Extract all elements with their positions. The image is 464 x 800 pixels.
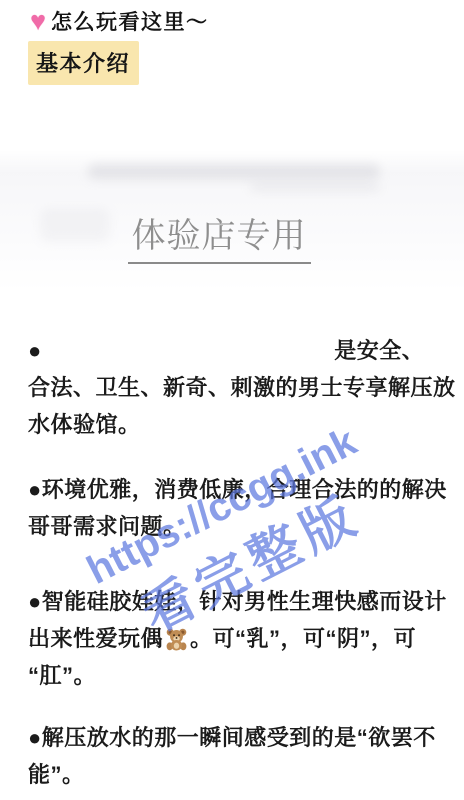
paragraph-line: ●解压放水的那一瞬间感受到的是“欲罢不 [28, 719, 456, 756]
page-title: 怎么玩看这里～ [51, 6, 209, 36]
paragraph-line: 哥哥需求问题。 [28, 508, 456, 545]
growing-heart-icon: ♥ [30, 8, 46, 35]
paragraph-text: 。可“乳”，可“阴”，可 [190, 626, 416, 651]
faded-photo-area: 体验店专用 [0, 150, 464, 292]
bullet-paragraph-3: ●智能硅胶娃娃，针对男性生理快感而设计 出来性爱玩偶。可“乳”，可“阴”，可 “… [28, 583, 456, 694]
paragraph-line: “肛”。 [28, 657, 456, 694]
note-page: ♥ 怎么玩看这里～ 基本介绍 体验店专用 ● 是安全、 合法、卫生、新奇、刺激的… [0, 0, 464, 800]
paragraph-line: 出来性爱玩偶。可“乳”，可“阴”，可 [28, 620, 456, 657]
paragraph-line: 水体验馆。 [28, 406, 456, 443]
bullet-paragraph-1: ● 是安全、 合法、卫生、新奇、刺激的男士专享解压放 水体验馆。 [28, 332, 456, 443]
bullet-paragraph-2: ●环境优雅，消费低廉，合理合法的的解决 哥哥需求问题。 [28, 471, 456, 545]
page-header: ♥ 怎么玩看这里～ [30, 6, 209, 36]
photo-caption: 体验店专用 [128, 218, 311, 264]
photo-smudge [250, 182, 380, 192]
teddy-bear-icon [164, 626, 189, 651]
paragraph-line: 合法、卫生、新奇、刺激的男士专享解压放 [28, 369, 456, 406]
paragraph-line: ● 是安全、 [28, 332, 456, 369]
photo-caption-row: 体验店专用 [0, 208, 438, 257]
paragraph-text: 出来性爱玩偶 [28, 626, 163, 651]
paragraph-line: 能”。 [28, 756, 456, 793]
photo-smudge [88, 164, 380, 179]
paragraph-line: ●环境优雅，消费低廉，合理合法的的解决 [28, 471, 456, 508]
paragraph-line: ●智能硅胶娃娃，针对男性生理快感而设计 [28, 583, 456, 620]
section-tag-highlight: 基本介绍 [28, 41, 139, 85]
bullet-paragraph-4: ●解压放水的那一瞬间感受到的是“欲罢不 能”。 [28, 719, 456, 793]
